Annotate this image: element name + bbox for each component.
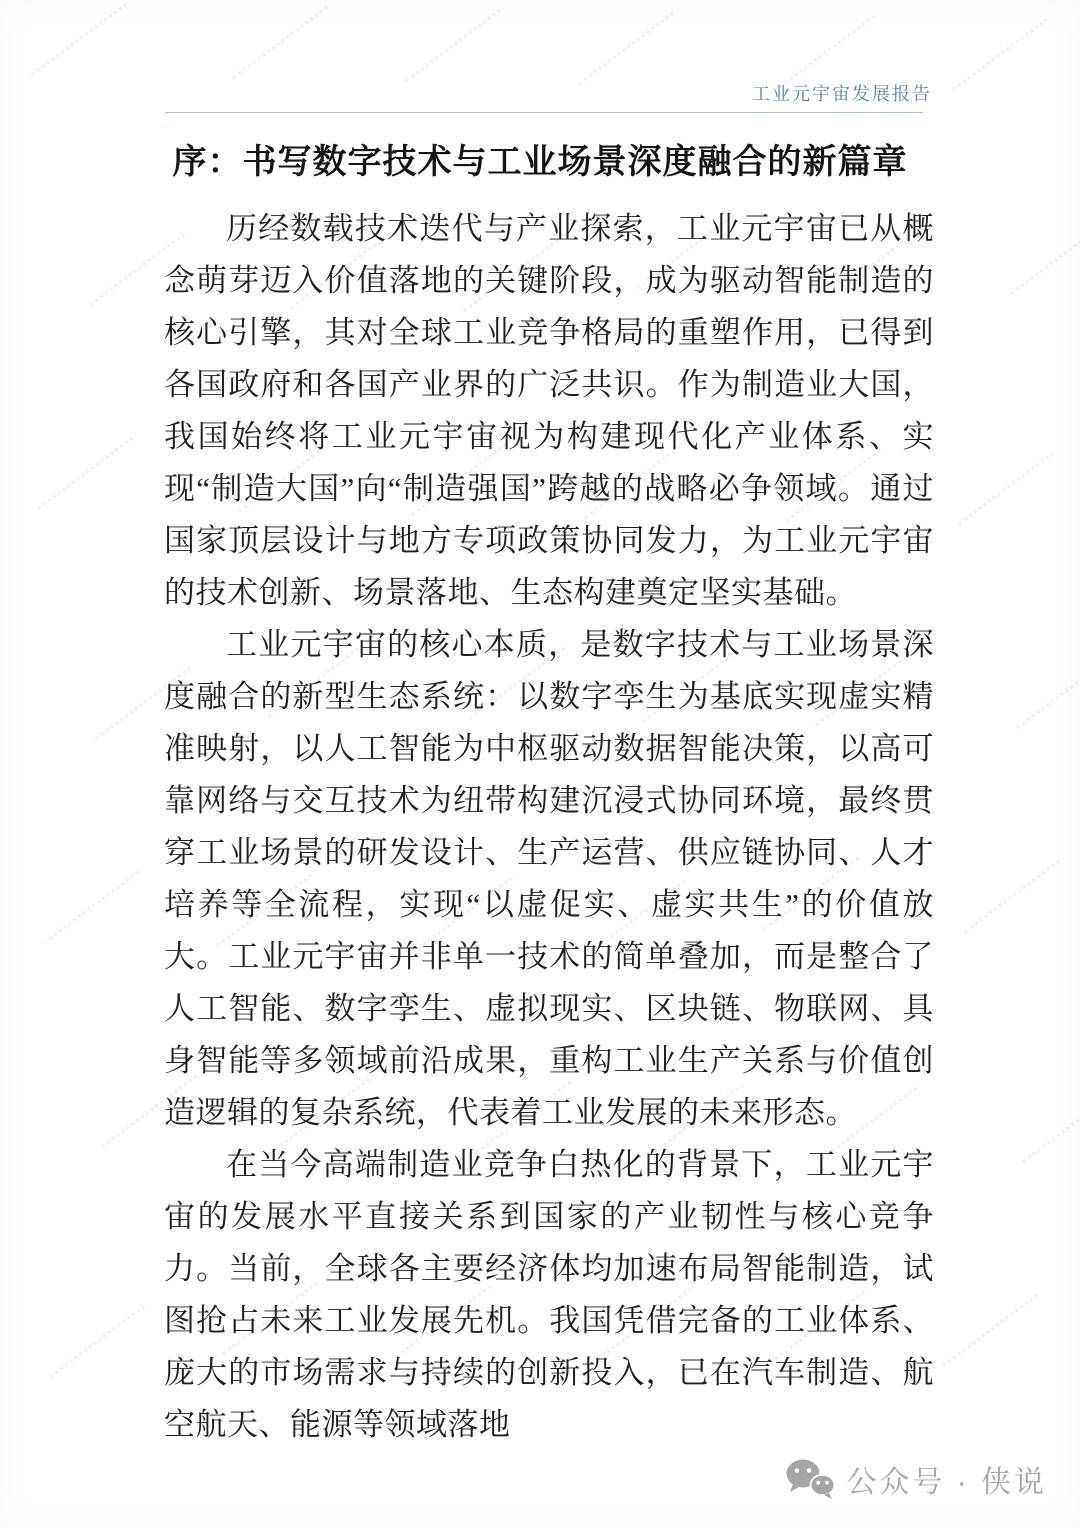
watermark — [43, 871, 139, 944]
watermark — [1016, 656, 1080, 729]
watermark — [964, 860, 1060, 933]
footer-badge: 公众号 · 侠说 — [784, 1457, 1047, 1501]
header-divider — [165, 112, 923, 113]
watermark — [37, 437, 133, 510]
paragraph: 历经数载技术迭代与产业探索，工业元宇宙已从概念萌芽迈入价值落地的关键阶段，成为驱… — [164, 203, 934, 619]
body-text: 历经数载技术迭代与产业探索，工业元宇宙已从概念萌芽迈入价值落地的关键阶段，成为驱… — [164, 203, 934, 1451]
watermark — [1010, 222, 1080, 295]
report-page: 工业元宇宙发展报告 序：书写数字技术与工业场景深度融合的新篇章 历经数载技术迭代… — [0, 0, 1080, 1527]
watermark — [405, 9, 501, 82]
watermark — [942, 1294, 1038, 1367]
page-title: 序：书写数字技术与工业场景深度融合的新篇章 — [140, 134, 940, 183]
watermark — [31, 3, 127, 76]
watermark — [952, 18, 1048, 91]
watermark — [49, 1305, 145, 1378]
watermark — [232, 6, 328, 79]
watermark — [578, 12, 674, 85]
footer-label: 公众号 · 侠说 — [846, 1457, 1047, 1501]
paragraph: 在当今高端制造业竞争白热化的背景下，工业元宇宙的发展水平直接关系到国家的产业韧性… — [164, 1139, 934, 1451]
watermark — [779, 15, 875, 88]
watermark — [1022, 1090, 1080, 1163]
paragraph: 工业元宇宙的核心本质，是数字技术与工业场景深度融合的新型生态系统：以数字孪生为基… — [164, 619, 934, 1139]
header-report-title: 工业元宇宙发展报告 — [752, 80, 932, 106]
wechat-icon — [784, 1458, 836, 1500]
watermark — [958, 452, 1054, 525]
